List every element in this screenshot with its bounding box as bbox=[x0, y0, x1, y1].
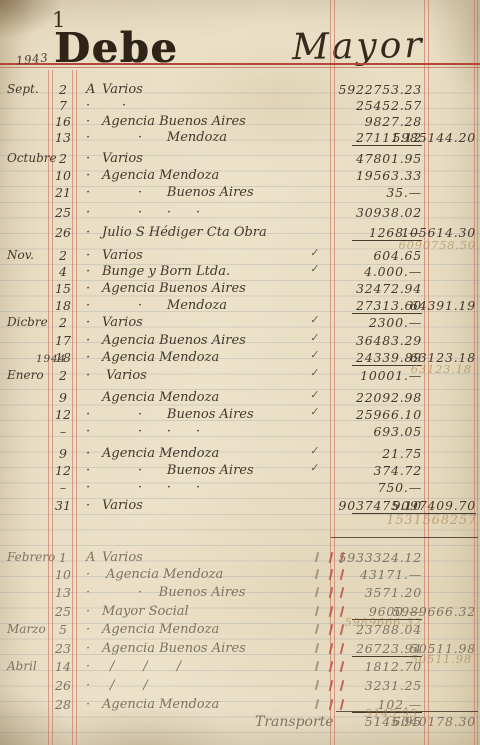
transport-label: Transporte bbox=[255, 714, 334, 730]
check-mark: ✓ bbox=[309, 263, 319, 275]
ditto-mark: · bbox=[86, 114, 90, 129]
entry-text: Julio S Hédiger Cta Obra bbox=[102, 225, 267, 240]
entry-text: Bunge y Born Ltda. bbox=[102, 264, 230, 279]
check-mark: ✓ bbox=[309, 445, 319, 457]
entry-description: ·Agencia Buenos Aires bbox=[80, 333, 310, 348]
red-tick-mark bbox=[329, 569, 333, 580]
day-number: 25 bbox=[53, 604, 73, 619]
ditto-mark: · bbox=[86, 151, 90, 166]
day-number: 9 bbox=[53, 390, 73, 405]
entry-description: ·Agencia Mendoza bbox=[80, 567, 310, 582]
ledger-row: 9·Agencia Mendoza✓21.75 bbox=[0, 446, 480, 462]
ledger-row: 10·Agencia Mendoza19563.33 bbox=[0, 168, 480, 184]
entry-text: Varios bbox=[102, 151, 143, 166]
ditto-mark: · bbox=[86, 225, 90, 240]
month-label: Abril bbox=[7, 659, 51, 673]
margin-annotation: 1943 bbox=[15, 50, 49, 67]
day-number: 2 bbox=[53, 82, 73, 97]
entry-description: ·· · · bbox=[80, 480, 310, 495]
check-mark: ✓ bbox=[309, 247, 319, 259]
check-mark: ✓ bbox=[309, 314, 319, 326]
amount-debit: 5933324.12 bbox=[336, 550, 422, 565]
entry-text: ∕ ∕ ∕ bbox=[110, 659, 181, 674]
day-number: 16 bbox=[53, 114, 73, 129]
margin-annotation: 1531568257 bbox=[386, 513, 477, 528]
day-number: 21 bbox=[53, 185, 73, 200]
month-label: Sept. bbox=[7, 82, 51, 96]
day-number: – bbox=[53, 480, 73, 495]
amount-debit: 36483.29 bbox=[336, 333, 422, 348]
margin-annotation: 6090758.50 bbox=[398, 238, 476, 252]
ditto-mark: · bbox=[86, 130, 90, 145]
day-number: 10 bbox=[53, 567, 73, 582]
margin-annotation: 1944 bbox=[36, 353, 66, 365]
entry-description: ·· · · bbox=[80, 424, 310, 439]
pencil-tick-mark bbox=[315, 569, 319, 579]
entry-description: AVarios bbox=[80, 82, 310, 97]
red-tick-mark bbox=[329, 624, 333, 635]
amount-debit: 750.— bbox=[336, 480, 422, 495]
red-tick-mark bbox=[329, 699, 333, 710]
day-number: 13 bbox=[53, 130, 73, 145]
day-number: 10 bbox=[53, 168, 73, 183]
amount-debit: 21.75 bbox=[336, 446, 422, 461]
ditto-mark: A bbox=[86, 550, 95, 565]
entry-description: Transporte bbox=[80, 714, 310, 730]
month-label: Nov. bbox=[7, 248, 51, 262]
entry-text: Varios bbox=[102, 498, 143, 513]
pencil-tick-mark bbox=[315, 699, 319, 709]
ditto-mark: A bbox=[86, 82, 95, 97]
day-number: 1 bbox=[53, 550, 73, 565]
ditto-mark: · bbox=[86, 281, 90, 296]
margin-annotation: 5989666.32 bbox=[344, 615, 422, 629]
ledger-row: 18·Agencia Mendoza✓24339.8963123.18 bbox=[0, 350, 480, 366]
ledger-row: 17·Agencia Buenos Aires✓36483.29 bbox=[0, 333, 480, 349]
ditto-mark: · bbox=[86, 185, 90, 200]
month-label: Dicbre bbox=[7, 315, 51, 329]
entry-text: Agencia Mendoza bbox=[102, 168, 219, 183]
ledger-row: 26·∕ ∕3231.25 bbox=[0, 678, 480, 694]
day-number: 31 bbox=[53, 498, 73, 513]
entry-text: Varios bbox=[102, 315, 143, 330]
ledger-row: 12·· Buenos Aires✓25966.10 bbox=[0, 407, 480, 423]
ledger-row: –·· · ·750.— bbox=[0, 480, 480, 496]
entry-description: ·· Mendoza bbox=[80, 298, 310, 313]
red-tick-mark bbox=[329, 552, 333, 563]
pencil-tick-mark bbox=[315, 643, 319, 653]
ditto-mark: · bbox=[86, 248, 90, 263]
ditto-mark: · bbox=[86, 350, 90, 365]
day-number: 7 bbox=[53, 98, 73, 113]
day-number: 15 bbox=[53, 281, 73, 296]
amount-debit: 1812.70 bbox=[336, 659, 422, 674]
entry-text: Agencia Mendoza bbox=[102, 446, 219, 461]
red-tick-mark bbox=[329, 643, 333, 654]
month-label: Enero bbox=[7, 368, 51, 382]
entry-text: · Buenos Aires bbox=[138, 185, 254, 200]
entry-description: ·Agencia Mendoza bbox=[80, 697, 310, 712]
day-number: 2 bbox=[53, 368, 73, 383]
ditto-mark: · bbox=[86, 168, 90, 183]
ledger-row: 4·Bunge y Born Ltda.✓4.000.— bbox=[0, 264, 480, 280]
entry-description: ·Agencia Mendoza bbox=[80, 446, 310, 461]
entry-description: ·Varios bbox=[80, 315, 310, 330]
entry-text: · · · bbox=[138, 205, 200, 220]
entry-description: Agencia Mendoza bbox=[80, 390, 310, 405]
ditto-mark: · bbox=[86, 567, 90, 582]
ditto-mark: · bbox=[86, 264, 90, 279]
day-number: 2 bbox=[53, 151, 73, 166]
red-tick-mark bbox=[329, 661, 333, 672]
entry-description: ·Agencia Mendoza bbox=[80, 168, 310, 183]
entry-text: Agencia Buenos Aires bbox=[102, 641, 246, 656]
entry-description: ·∕ ∕ bbox=[80, 678, 310, 693]
check-mark: ✓ bbox=[309, 349, 319, 361]
day-number: 2 bbox=[53, 315, 73, 330]
entry-description: ·Agencia Mendoza bbox=[80, 622, 310, 637]
amount-debit: 25966.10 bbox=[336, 407, 422, 422]
entry-text: ∕ ∕ bbox=[110, 678, 148, 693]
entry-description: ·· Buenos Aires bbox=[80, 585, 310, 600]
check-mark: ✓ bbox=[309, 406, 319, 418]
day-number: 14 bbox=[53, 659, 73, 674]
entry-description: ·Agencia Buenos Aires bbox=[80, 641, 310, 656]
ditto-mark: · bbox=[86, 498, 90, 513]
month-label: Marzo bbox=[7, 622, 51, 636]
amount-debit: 693.05 bbox=[336, 424, 422, 439]
entry-text: Varios bbox=[102, 248, 143, 263]
day-number: 2 bbox=[53, 248, 73, 263]
day-number: 12 bbox=[53, 407, 73, 422]
ledger-row: 23·Agencia Buenos Aires26723.9450511.98 bbox=[0, 641, 480, 657]
ledger-row: Enero2·Varios✓10001.— bbox=[0, 368, 480, 384]
amount-debit: 25452.57 bbox=[336, 98, 422, 113]
pencil-tick-mark bbox=[315, 624, 319, 634]
ditto-mark: · bbox=[86, 407, 90, 422]
amount-debit: 35.— bbox=[336, 185, 422, 200]
ledger-row: 18·· Mendoza27313.6064391.19 bbox=[0, 298, 480, 314]
entry-description: ·Mayor Social bbox=[80, 604, 310, 619]
entry-description: ·· Buenos Aires bbox=[80, 407, 310, 422]
day-number: 28 bbox=[53, 697, 73, 712]
entry-text: · Buenos Aires bbox=[138, 463, 254, 478]
entry-description: ·· Buenos Aires bbox=[80, 185, 310, 200]
ledger-row: 13·· Buenos Aires3571.20 bbox=[0, 585, 480, 601]
ledger-row: 9Agencia Mendoza✓22092.98 bbox=[0, 390, 480, 406]
day-number: 25 bbox=[53, 205, 73, 220]
month-label: Febrero bbox=[7, 550, 51, 564]
amount-running-total: 9097409.70 bbox=[392, 498, 476, 513]
ditto-mark: · bbox=[86, 463, 90, 478]
ditto-mark: · bbox=[86, 659, 90, 674]
day-number: 12 bbox=[53, 463, 73, 478]
day-number: – bbox=[53, 424, 73, 439]
entry-text: · · · bbox=[138, 480, 200, 495]
margin-annotation: 50511.98 bbox=[411, 652, 472, 666]
ledger-row: 21·· Buenos Aires35.— bbox=[0, 185, 480, 201]
ledger-row: 13·· Mendoza27111.125985144.20 bbox=[0, 130, 480, 146]
amount-running-total: 5985144.20 bbox=[392, 130, 476, 145]
amount-debit: 5922753.23 bbox=[336, 82, 422, 97]
amount-debit: 22092.98 bbox=[336, 390, 422, 405]
ditto-mark: · bbox=[86, 604, 90, 619]
entry-text: Varios bbox=[106, 368, 147, 383]
entry-text: · Buenos Aires bbox=[138, 407, 254, 422]
amount-underline bbox=[352, 145, 422, 146]
check-mark: ✓ bbox=[309, 367, 319, 379]
entry-text: Agencia Mendoza bbox=[102, 390, 219, 405]
entry-text: Agencia Buenos Aires bbox=[102, 281, 246, 296]
day-number: 4 bbox=[53, 264, 73, 279]
ditto-mark: · bbox=[86, 641, 90, 656]
ditto-mark: · bbox=[86, 678, 90, 693]
horizontal-rule-line bbox=[0, 63, 480, 65]
entry-text: Agencia Buenos Aires bbox=[102, 114, 246, 129]
account-title: Mayor bbox=[292, 25, 425, 68]
day-number: 13 bbox=[53, 585, 73, 600]
ditto-mark: · bbox=[86, 697, 90, 712]
entry-text: Agencia Mendoza bbox=[106, 567, 223, 582]
entry-description: ·Agencia Buenos Aires bbox=[80, 114, 310, 129]
ditto-mark: · bbox=[86, 622, 90, 637]
amount-debit: 2300.— bbox=[336, 315, 422, 330]
entry-text: · Mendoza bbox=[138, 130, 227, 145]
ledger-row: 16·Agencia Buenos Aires9827.28 bbox=[0, 114, 480, 130]
ledger-row: Abril14·∕ ∕ ∕1812.70 bbox=[0, 659, 480, 675]
ledger-row: 25·· · ·30938.02 bbox=[0, 205, 480, 221]
amount-running-total: 64391.19 bbox=[392, 298, 476, 313]
amount-debit: 3571.20 bbox=[336, 585, 422, 600]
check-mark: ✓ bbox=[309, 389, 319, 401]
entry-description: ·Bunge y Born Ltda. bbox=[80, 264, 310, 279]
margin-annotation: 5145.95 bbox=[365, 706, 418, 720]
amount-debit: 3231.25 bbox=[336, 678, 422, 693]
red-tick-mark bbox=[329, 606, 333, 617]
entry-description: ·Varios bbox=[80, 248, 310, 263]
entry-description: ·Agencia Buenos Aires bbox=[80, 281, 310, 296]
ledger-row: Octubre2·Varios47801.95 bbox=[0, 151, 480, 167]
entry-text: · · · bbox=[138, 424, 200, 439]
ledger-row: Dicbre2·Varios✓2300.— bbox=[0, 315, 480, 331]
entry-text: Agencia Buenos Aires bbox=[102, 333, 246, 348]
amount-debit: 32472.94 bbox=[336, 281, 422, 296]
red-tick-mark bbox=[329, 680, 333, 691]
amount-debit: 10001.— bbox=[336, 368, 422, 383]
entry-description: ·Varios bbox=[80, 368, 310, 383]
day-number: 26 bbox=[53, 678, 73, 693]
entry-description: ·Varios bbox=[80, 498, 310, 513]
entry-description: ·· bbox=[80, 98, 310, 113]
ditto-mark: · bbox=[86, 424, 90, 439]
amount-underline bbox=[352, 313, 422, 314]
ditto-mark: · bbox=[86, 333, 90, 348]
check-mark: ✓ bbox=[309, 332, 319, 344]
entry-text: Varios bbox=[102, 550, 143, 565]
entry-text: Mayor Social bbox=[102, 604, 189, 619]
day-number: 5 bbox=[53, 622, 73, 637]
ledger-row: 12·· Buenos Aires✓374.72 bbox=[0, 463, 480, 479]
entry-description: ·· Mendoza bbox=[80, 130, 310, 145]
ledger-row: Febrero1AVarios5933324.12 bbox=[0, 550, 480, 566]
amount-debit: 43171.— bbox=[336, 567, 422, 582]
ledger-row: 10·Agencia Mendoza43171.— bbox=[0, 567, 480, 583]
ledger-page: 1 Debe Mayor Sept.2AVarios5922753.237··2… bbox=[0, 0, 480, 745]
ditto-mark: · bbox=[86, 98, 90, 113]
entry-description: ·Agencia Mendoza bbox=[80, 350, 310, 365]
day-number: 18 bbox=[53, 298, 73, 313]
entry-description: ·· Buenos Aires bbox=[80, 463, 310, 478]
entry-description: ·· · · bbox=[80, 205, 310, 220]
ditto-mark: · bbox=[86, 480, 90, 495]
amount-debit: 19563.33 bbox=[336, 168, 422, 183]
pencil-tick-mark bbox=[315, 606, 319, 616]
amount-debit: 4.000.— bbox=[336, 264, 422, 279]
ditto-mark: · bbox=[86, 368, 90, 383]
entry-description: ·Julio S Hédiger Cta Obra bbox=[80, 225, 310, 240]
red-tick-mark bbox=[329, 587, 333, 598]
month-label: Octubre bbox=[7, 151, 51, 165]
entry-text: Agencia Mendoza bbox=[102, 622, 219, 637]
entry-description: ·∕ ∕ ∕ bbox=[80, 659, 310, 674]
pencil-tick-mark bbox=[315, 587, 319, 597]
amount-debit: 9827.28 bbox=[336, 114, 422, 129]
ledger-row: 15·Agencia Buenos Aires32472.94 bbox=[0, 281, 480, 297]
amount-debit: 30938.02 bbox=[336, 205, 422, 220]
entry-text: Agencia Mendoza bbox=[102, 350, 219, 365]
ditto-mark: · bbox=[86, 446, 90, 461]
ditto-mark: · bbox=[86, 298, 90, 313]
entry-text: · Mendoza bbox=[138, 298, 227, 313]
pencil-tick-mark bbox=[315, 661, 319, 671]
amount-debit: 47801.95 bbox=[336, 151, 422, 166]
day-number: 23 bbox=[53, 641, 73, 656]
entry-description: AVarios bbox=[80, 550, 310, 565]
pencil-tick-mark bbox=[315, 552, 319, 562]
ledger-row: –·· · ·693.05 bbox=[0, 424, 480, 440]
ledger-row: 7··25452.57 bbox=[0, 98, 480, 114]
pencil-tick-mark bbox=[315, 680, 319, 690]
ditto-mark: · bbox=[86, 585, 90, 600]
entry-text: · Buenos Aires bbox=[138, 585, 245, 600]
margin-annotation: 63123.18 bbox=[411, 362, 472, 376]
horizontal-rule-line bbox=[331, 537, 478, 538]
ditto-mark: · bbox=[86, 205, 90, 220]
entry-text: Agencia Mendoza bbox=[102, 697, 219, 712]
amount-debit: 374.72 bbox=[336, 463, 422, 478]
day-number: 26 bbox=[53, 225, 73, 240]
ledger-row: Sept.2AVarios5922753.23 bbox=[0, 82, 480, 98]
entry-description: ·Varios bbox=[80, 151, 310, 166]
horizontal-rule-line bbox=[0, 67, 480, 68]
entry-text: · bbox=[122, 98, 126, 113]
check-mark: ✓ bbox=[309, 462, 319, 474]
entry-text: Varios bbox=[102, 82, 143, 97]
ditto-mark: · bbox=[86, 315, 90, 330]
ledger-row: 31·Varios9037475.109097409.70 bbox=[0, 498, 480, 514]
day-number: 9 bbox=[53, 446, 73, 461]
day-number: 17 bbox=[53, 333, 73, 348]
